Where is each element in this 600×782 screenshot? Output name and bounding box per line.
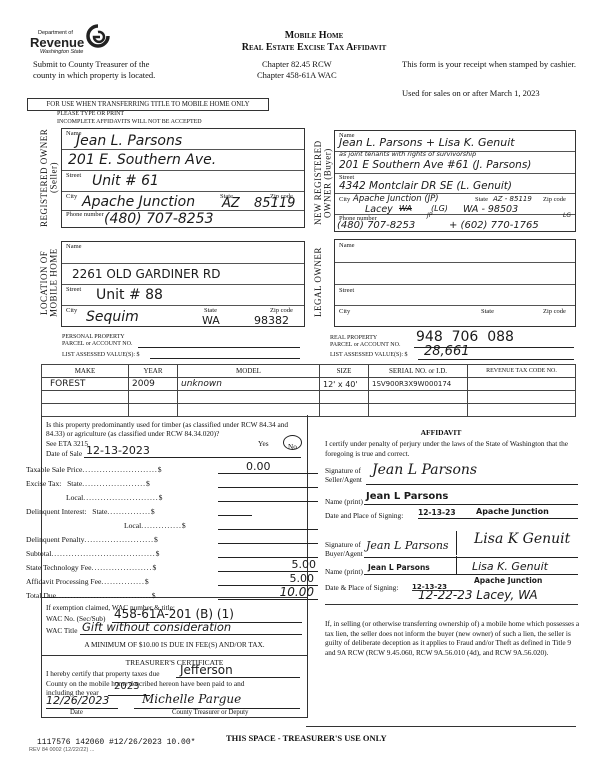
location-assessed-input[interactable] [150,350,300,359]
table-row: FOREST 2009 unknown 12' x 40' 1SV900R3X9… [42,378,576,391]
legal-owner-assessed-value: 28,661 [424,344,470,359]
treasurer-year-value: 2023 [114,681,139,692]
legal-owner-section-label: LEGAL OWNER [314,240,330,324]
model-cell[interactable] [178,391,320,404]
used-for-note: Used for sales on or after March 1, 2023 [402,88,540,98]
seller-phone-field[interactable]: Phone number (480) 707-8253 [62,210,304,228]
seller-street-field[interactable]: Street Unit # 61 [62,170,304,191]
submit-note-1: Submit to County Treasurer of the [33,59,149,69]
excise-state-input[interactable] [218,476,318,488]
personal-property-input[interactable] [138,339,300,348]
buyer-address-field[interactable]: as joint tenants with rights of survivor… [335,151,575,173]
legal-owner-box: Name Street City State Zip code [334,239,576,327]
form-title-1: Mobile Home [14,30,600,41]
buyer-date-place-label: Date & Place of Signing: [325,583,398,592]
date-of-sale-label: Date of Sale [46,449,82,458]
personal-property-label-1: PERSONAL PROPERTY [62,334,125,340]
col-year: YEAR [129,365,178,378]
location-assessed-label: LIST ASSESSED VALUE(S): $ [62,352,140,358]
buyer-date-place-input[interactable]: 12-13-23 Apache Junction 12-22-23 Lacey,… [412,574,578,600]
col-serial: SERIAL NO. or I.D. [369,365,468,378]
seller-address-value: 201 E. Southern Ave. [68,152,216,168]
revenue-code-cell[interactable] [468,391,576,404]
fee-label-state-technology-fee: State Technology Fee....................… [26,563,156,572]
name-divider [456,556,457,574]
real-property-label-2: PARCEL or ACCOUNT NO. [330,342,400,348]
treasurer-cert-line-1: I hereby certify that property taxes due [46,669,159,678]
taxable-sale-price-value: 0.00 [246,460,271,473]
revenue-code-cell[interactable] [468,378,576,391]
transfer-banner-text: FOR USE WHEN TRANSFERRING TITLE TO MOBIL… [28,99,268,110]
see-eta-note: See ETA 3215 [46,439,88,448]
treasurer-certificate-title: TREASURER'S CERTIFICATE [42,658,307,667]
buyer-city-label: City [339,197,350,204]
receipt-stamp: 1117576 142060 #12/26/2023 10.00* [37,738,195,747]
seller-date-place-label: Date and Place of Signing: [325,511,403,520]
buyer-city-strike: WA [399,204,412,213]
buyer-state-zip-value-1: AZ - 85119 [493,195,532,203]
serial-cell[interactable]: 1SV900R3X9W000174 [369,378,468,391]
right-column-bottom-border [306,726,576,727]
seller-phone-label: Phone number [66,212,104,219]
fee-label-affidavit-processing-fee: Affidavit Processing Fee...............$ [26,577,149,586]
delinquent-interest-local-input[interactable] [218,518,318,530]
wac-title-input[interactable]: Gift without consideration [80,623,302,635]
seller-signature-label: Signature of Seller/Agent [325,466,362,484]
legal-owner-state-label: State [481,309,494,316]
col-size: SIZE [320,365,369,378]
fee-label-taxable-sale-price: Taxable Sale Price......................… [26,465,162,474]
buyer-zip-label: Zip code [543,197,566,204]
buyer-print-name-value-2: Lisa K. Genuit [472,560,548,573]
seller-city-label: City [66,194,77,201]
location-address-field[interactable]: 2261 OLD GARDINER RD [62,263,304,284]
wac-title-value: Gift without consideration [82,620,231,634]
legal-owner-street-label: Street [339,288,354,295]
location-box: Name 2261 OLD GARDINER RD Street Unit # … [61,241,305,327]
legal-owner-name-label: Name [339,243,355,250]
buyer-phone-value-1: (480) 707-8253 [337,220,415,231]
seller-section-label: REGISTERED OWNER (Seller) [40,128,62,228]
personal-property-label-2: PARCEL or ACCOUNT NO. [62,341,132,347]
year-cell[interactable]: 2009 [129,378,178,391]
treasurer-date-input[interactable]: 12/26/2023 [46,697,118,709]
buyer-signing-place-1: Apache Junction [474,576,542,585]
col-make: MAKE [42,365,129,378]
signature-divider [456,531,457,555]
submit-note-2: county in which property is located. [33,70,155,80]
seller-city-field[interactable]: City Apache Junction State AZ Zip code 8… [62,191,304,210]
tax-lien-warning: If, in selling (or otherwise transferrin… [325,619,583,657]
state-technology-fee-input[interactable]: 5.00 [218,560,318,572]
buyer-section-label: NEW REGISTERED OWNER (Buyer) [314,133,336,233]
exemption-box: If exemption claimed, WAC number & title… [41,597,308,656]
real-property-value: 948 706 088 [416,329,514,345]
model-cell[interactable]: unknown [178,378,320,391]
minimum-due-note: A MINIMUM OF $10.00 IS DUE IN FEE(S) AND… [42,640,307,649]
serial-cell[interactable] [369,391,468,404]
col-model: MODEL [178,365,320,378]
location-name-label: Name [66,244,82,251]
seller-address-field[interactable]: 201 E. Southern Ave. [62,149,304,170]
legal-owner-city-field[interactable]: City State Zip code [335,305,575,327]
incomplete-note: INCOMPLETE AFFIDAVITS WILL NOT BE ACCEPT… [57,119,202,125]
buyer-name-value: Jean L. Parsons + Lisa K. Genuit [339,136,515,149]
treasurer-certificate-box: TREASURER'S CERTIFICATE I hereby certify… [41,655,308,718]
buyer-box: Name Jean L. Parsons + Lisa K. Genuit as… [334,130,576,232]
transfer-banner: FOR USE WHEN TRANSFERRING TITLE TO MOBIL… [27,98,269,111]
buyer-date-underline-1 [412,590,462,591]
fee-label-delinquent-interest-local: Local..............$ [124,521,186,530]
fee-label-subtotal: Subtotal................................… [26,549,159,558]
seller-box: Name Jean L. Parsons 201 E. Southern Ave… [61,128,305,228]
revenue-code-cell[interactable] [468,404,576,417]
affidavit-processing-fee-value: 5.00 [290,572,315,585]
fee-label-delinquent-interest-state: Delinquent Interest: State..............… [26,507,155,516]
timber-question: Is this property predominantly used for … [46,420,301,438]
chapter-wac: Chapter 458-61A WAC [257,70,337,80]
form-title-2: Real Estate Excise Tax Affidavit [14,42,600,53]
seller-city-value: Apache Junction [82,194,195,210]
buyer-phone-tag-1: JP [427,212,432,219]
type-or-print-note: PLEASE TYPE OR PRINT [57,111,124,117]
legal-owner-address-field[interactable] [335,262,575,284]
buyer-state-label: State [475,197,488,204]
size-cell[interactable] [320,391,369,404]
buyer-city-value-1: Apache Junction (JP) [353,194,439,204]
date-of-sale-input[interactable]: 12-13-2023 [84,447,301,458]
buyer-name-field[interactable]: Name Jean L. Parsons + Lisa K. Genuit [335,131,575,151]
legal-owner-assessed-input[interactable]: 28,661 [418,349,574,360]
chapter-rcw: Chapter 82.45 RCW [262,59,332,69]
fee-label-excise-local: Local..........................$ [66,493,162,502]
real-property-label-1: REAL PROPERTY [330,335,377,341]
delinquent-interest-state-input[interactable] [218,504,252,516]
buyer-print-name-value-1: Jean L Parsons [368,563,430,572]
wac-no-value: 458-61A-201 (B) (1) [114,607,234,621]
location-name-field[interactable]: Name [62,242,304,262]
date-of-sale-value: 12-13-2023 [86,444,150,457]
buyer-print-name-label: Name (print) [325,567,363,576]
serial-cell[interactable] [369,404,468,417]
location-address-value: 2261 OLD GARDINER RD [72,267,220,281]
buyer-signature-value-2: Lisa K Genuit [474,531,570,547]
legal-owner-assessed-label: LIST ASSESSED VALUE(S): $ [330,352,408,358]
location-city-label: City [66,308,77,315]
seller-street-value: Unit # 61 [92,173,159,189]
excise-local-input[interactable] [218,490,318,502]
treasurer-use-only: THIS SPACE - TREASURER'S USE ONLY [226,733,387,743]
legal-owner-zip-label: Zip code [543,309,566,316]
seller-state-value: AZ [222,196,240,211]
seller-date-place-input[interactable]: 12-13-23 Apache Junction [418,508,578,519]
state-technology-fee-value: 5.00 [292,558,317,571]
buyer-street-field[interactable]: Street 4342 Montclair DR SE (L. Genuit) [335,173,575,193]
mobile-home-details-table: MAKE YEAR MODEL SIZE SERIAL NO. or I.D. … [41,364,576,417]
location-city-value: Sequim [86,309,139,325]
location-street-label: Street [66,287,81,294]
location-section-label: LOCATION OF MOBILE HOME [40,243,62,323]
buyer-date-underline-2 [325,604,578,605]
seller-print-name-value: Jean L Parsons [366,491,448,502]
subtotal-input[interactable] [218,546,318,558]
fee-label-excise-state: Excise Tax: State......................$ [26,479,150,488]
year-cell[interactable] [129,391,178,404]
treasurer-county-input[interactable]: Jefferson [176,667,300,678]
treasurer-county-value: Jefferson [180,663,233,677]
seller-signing-place: Apache Junction [476,507,549,516]
legal-owner-name-field[interactable]: Name [335,240,575,262]
treasurer-date-value: 12/26/2023 [46,694,109,707]
seller-print-name-input[interactable]: Jean L Parsons [364,494,578,505]
seller-zip-value: 85119 [254,196,295,211]
fee-label-delinquent-penalty: Delinquent Penalty......................… [26,535,158,544]
receipt-note: This form is your receipt when stamped b… [402,59,582,70]
location-city-field[interactable]: City Sequim State WA Zip code 98382 [62,305,304,327]
size-cell[interactable] [320,404,369,417]
wac-title-label: WAC Title [46,626,77,635]
seller-phone-value: (480) 707-8253 [104,211,214,227]
seller-signing-date: 12-13-23 [418,508,456,517]
seller-name-field[interactable]: Name Jean L. Parsons [62,129,304,149]
location-street-value: Unit # 88 [96,287,163,303]
legal-owner-city-label: City [339,309,350,316]
buyer-phone-field[interactable]: Phone number (480) 707-8253 JP + (602) 7… [335,214,575,232]
make-cell[interactable]: FOREST [42,378,129,391]
make-cell[interactable] [42,391,129,404]
affidavit-title: AFFIDAVIT [306,428,576,437]
legal-owner-street-field[interactable]: Street [335,284,575,306]
location-street-field[interactable]: Street Unit # 88 [62,284,304,305]
treasurer-date-label: Date [70,709,83,716]
buyer-city-field[interactable]: City Apache Junction (JP) State AZ - 851… [335,193,575,214]
buyer-city-tag: (LG) [431,204,448,213]
col-revenue-tax-code: REVENUE TAX CODE NO. [468,365,576,378]
seller-signature-input[interactable]: Jean L Parsons [366,470,578,485]
buyer-phone-value-2: + (602) 770-1765 [449,220,539,231]
table-row [42,391,576,404]
buyer-phone-tag-2: LG [563,212,571,219]
affidavit-statement: I certify under penalty of perjury under… [325,439,575,458]
buyer-signature-input[interactable]: Jean L Parsons Lisa K Genuit [364,543,578,558]
treasurer-signer-label: County Treasurer or Deputy [172,709,248,716]
delinquent-penalty-input[interactable] [218,532,318,544]
buyer-street-value: 4342 Montclair DR SE (L. Genuit) [339,180,512,192]
buyer-address-value: 201 E Southern Ave #61 (J. Parsons) [339,159,531,171]
taxable-sale-price-input[interactable]: 0.00 [218,462,318,474]
location-state-value: WA [202,314,220,327]
seller-print-name-label: Name (print) [325,497,363,506]
location-zip-value: 98382 [254,314,289,327]
seller-name-value: Jean L. Parsons [76,133,182,149]
seller-street-label: Street [66,173,81,180]
buyer-signature-value-1: Jean L Parsons [366,539,449,552]
seller-signature-value: Jean L Parsons [372,462,477,478]
size-cell[interactable]: 12' x 40' [320,378,369,391]
form-id: REV 84 0002 (12/22/22) ... [29,747,94,753]
treasurer-signature-input[interactable]: Michelle Pargue [134,697,300,709]
buyer-joint-tenancy-note: as joint tenants with rights of survivor… [339,150,476,158]
treasurer-signature-value: Michelle Pargue [142,692,241,706]
buyer-signature-label: Signature of Buyer/Agent [325,540,363,558]
